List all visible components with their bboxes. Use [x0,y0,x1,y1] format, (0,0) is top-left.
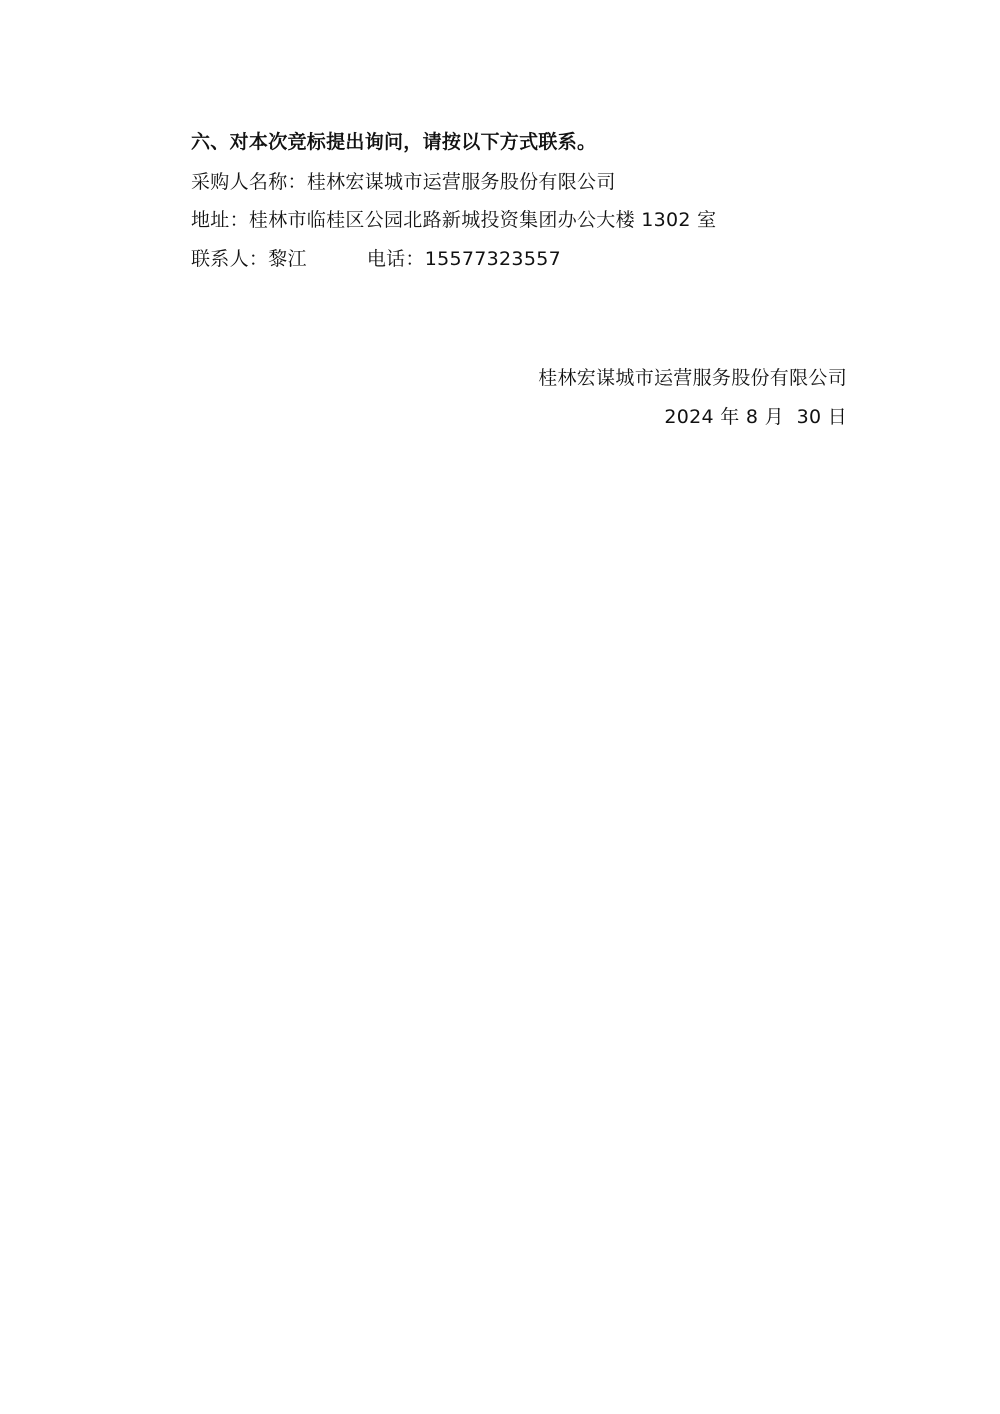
contact-label: 联系人： [191,248,268,270]
address-label: 地址： [191,209,249,231]
phone-number: 15577323557 [425,248,561,270]
document-page: 六、对本次竞标提出询问，请按以下方式联系。 采购人名称：桂林宏谋城市运营服务股份… [0,0,1000,1414]
signature-date: 2024 年 8 月 30 日 [664,405,847,429]
purchaser-line: 采购人名称：桂林宏谋城市运营服务股份有限公司 [191,170,616,194]
purchaser-name: 桂林宏谋城市运营服务股份有限公司 [307,171,616,193]
contact-line: 联系人：黎江电话：15577323557 [191,247,561,271]
address-value: 桂林市临桂区公园北路新城投资集团办公大楼 1302 室 [249,209,717,231]
section-heading: 六、对本次竞标提出询问，请按以下方式联系。 [191,130,596,154]
address-line: 地址：桂林市临桂区公园北路新城投资集团办公大楼 1302 室 [191,208,716,232]
purchaser-label: 采购人名称： [191,171,307,193]
contact-name: 黎江 [268,248,307,270]
phone-label: 电话： [367,248,425,270]
signature-organization: 桂林宏谋城市运营服务股份有限公司 [538,366,847,390]
